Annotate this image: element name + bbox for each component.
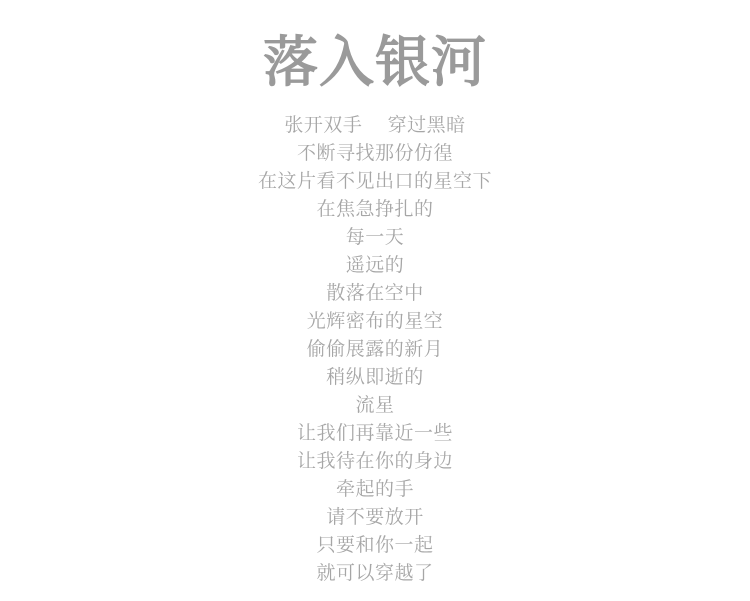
lyric-line: 让我待在你的身边 xyxy=(0,448,750,476)
lyric-line: 在这片看不见出口的星空下 xyxy=(0,168,750,196)
lyric-line: 不断寻找那份仿徨 xyxy=(0,140,750,168)
lyric-line: 就可以穿越了 xyxy=(0,560,750,588)
lyric-line: 稍纵即逝的 xyxy=(0,364,750,392)
lyric-line: 每一天 xyxy=(0,224,750,252)
lyric-line: 光辉密布的星空 xyxy=(0,308,750,336)
lyric-line: 散落在空中 xyxy=(0,280,750,308)
lyric-line: 偷偷展露的新月 xyxy=(0,336,750,364)
page-title: 落入银河 xyxy=(0,0,750,92)
lyric-line: 牵起的手 xyxy=(0,476,750,504)
lyric-line: 请不要放开 xyxy=(0,504,750,532)
lyric-line: 在焦急挣扎的 xyxy=(0,196,750,224)
lyric-line: 遥远的 xyxy=(0,252,750,280)
lyric-line: 张开双手 穿过黑暗 xyxy=(0,112,750,140)
lyric-line: 只要和你一起 xyxy=(0,532,750,560)
lyric-line: 让我们再靠近一些 xyxy=(0,420,750,448)
lyrics-page: 落入银河 张开双手 穿过黑暗不断寻找那份仿徨在这片看不见出口的星空下在焦急挣扎的… xyxy=(0,0,750,601)
lyric-line: 流星 xyxy=(0,392,750,420)
lyrics-block: 张开双手 穿过黑暗不断寻找那份仿徨在这片看不见出口的星空下在焦急挣扎的每一天遥远… xyxy=(0,112,750,588)
